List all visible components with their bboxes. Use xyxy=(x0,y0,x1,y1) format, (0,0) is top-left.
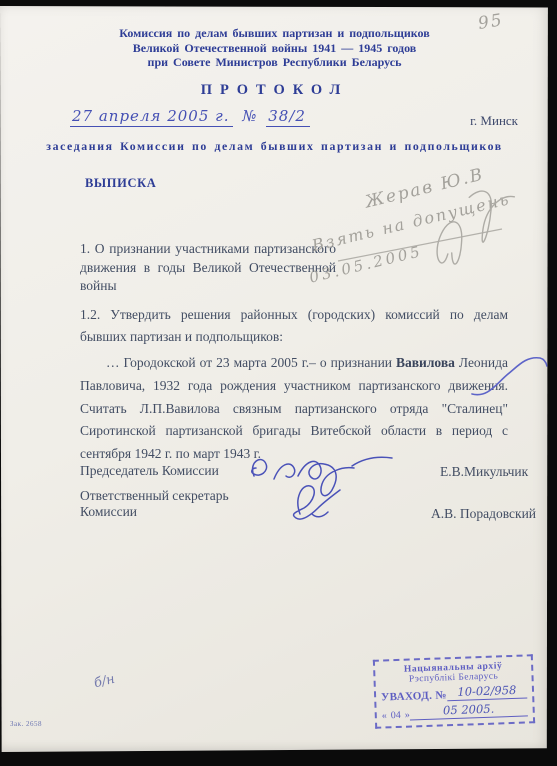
secretary-signature xyxy=(276,474,356,526)
decision-item-1-2: 1.2. Утвердить решения районных (городск… xyxy=(80,304,508,348)
document-title: ПРОТОКОЛ xyxy=(0,82,549,99)
stamp-date-row: « 04 » 05 2005. xyxy=(381,700,527,721)
stamp-entry-label: УВАХОД. № xyxy=(381,689,447,703)
document-subtitle: заседания Комиссии по делам бывших парти… xyxy=(0,139,549,154)
number-sign: № xyxy=(239,107,260,125)
stamp-entry-number-hand: 10-02/958 xyxy=(447,682,528,701)
letterhead-line2: Великой Отечественной войны 1941 — 1945 … xyxy=(0,41,549,56)
paper-sheet: 95 Комиссия по делам бывших партизан и п… xyxy=(0,6,549,752)
letterhead-line1: Комиссия по делам бывших партизан и подп… xyxy=(0,26,549,41)
agenda-item-1: 1. О признании участниками партизанского… xyxy=(80,240,336,296)
secretary-role-label: Ответственный секретарь Комиссии xyxy=(80,488,250,520)
chairman-role-label: Председатель Комиссии xyxy=(80,463,219,479)
archive-stamp: Нацыянальны архіў Рэспублікі Беларусь УВ… xyxy=(373,654,535,729)
letterhead-line3: при Совете Министров Республики Беларусь xyxy=(0,55,549,70)
handwritten-date-number: 27 апреля 2005 г. № 38/2 xyxy=(70,107,310,125)
decision-text-before: … Городокской от 23 марта 2005 г.– о при… xyxy=(106,355,396,370)
scanned-document-page: 95 Комиссия по делам бывших партизан и п… xyxy=(0,0,557,766)
secretary-name: А.В. Порадовский xyxy=(431,506,536,522)
stamp-day: 04 xyxy=(387,710,405,722)
handwritten-protocol-number: 38/2 xyxy=(266,107,310,127)
pencil-resolution-note: Жерав Ю.В Взять на допущень 03.05.2005 xyxy=(296,148,550,292)
vypiska-heading: ВЫПИСКА xyxy=(85,176,156,191)
handwritten-date: 27 апреля 2005 г. xyxy=(70,107,233,127)
secretary-role-line2: Комиссии xyxy=(80,504,250,520)
pen-margin-squiggle xyxy=(468,350,548,402)
bn-pencil-mark: б/н xyxy=(92,672,116,692)
print-order-label: Зак. 2658 xyxy=(10,720,42,728)
surname-bold: Вавилова xyxy=(396,355,455,370)
stamp-month-year-hand: 05 2005. xyxy=(409,700,527,720)
secretary-role-line1: Ответственный секретарь xyxy=(80,488,250,504)
city-label: г. Минск xyxy=(470,113,518,129)
letterhead: Комиссия по делам бывших партизан и подп… xyxy=(0,26,549,70)
chairman-name: Е.В.Микульчик xyxy=(440,464,528,480)
